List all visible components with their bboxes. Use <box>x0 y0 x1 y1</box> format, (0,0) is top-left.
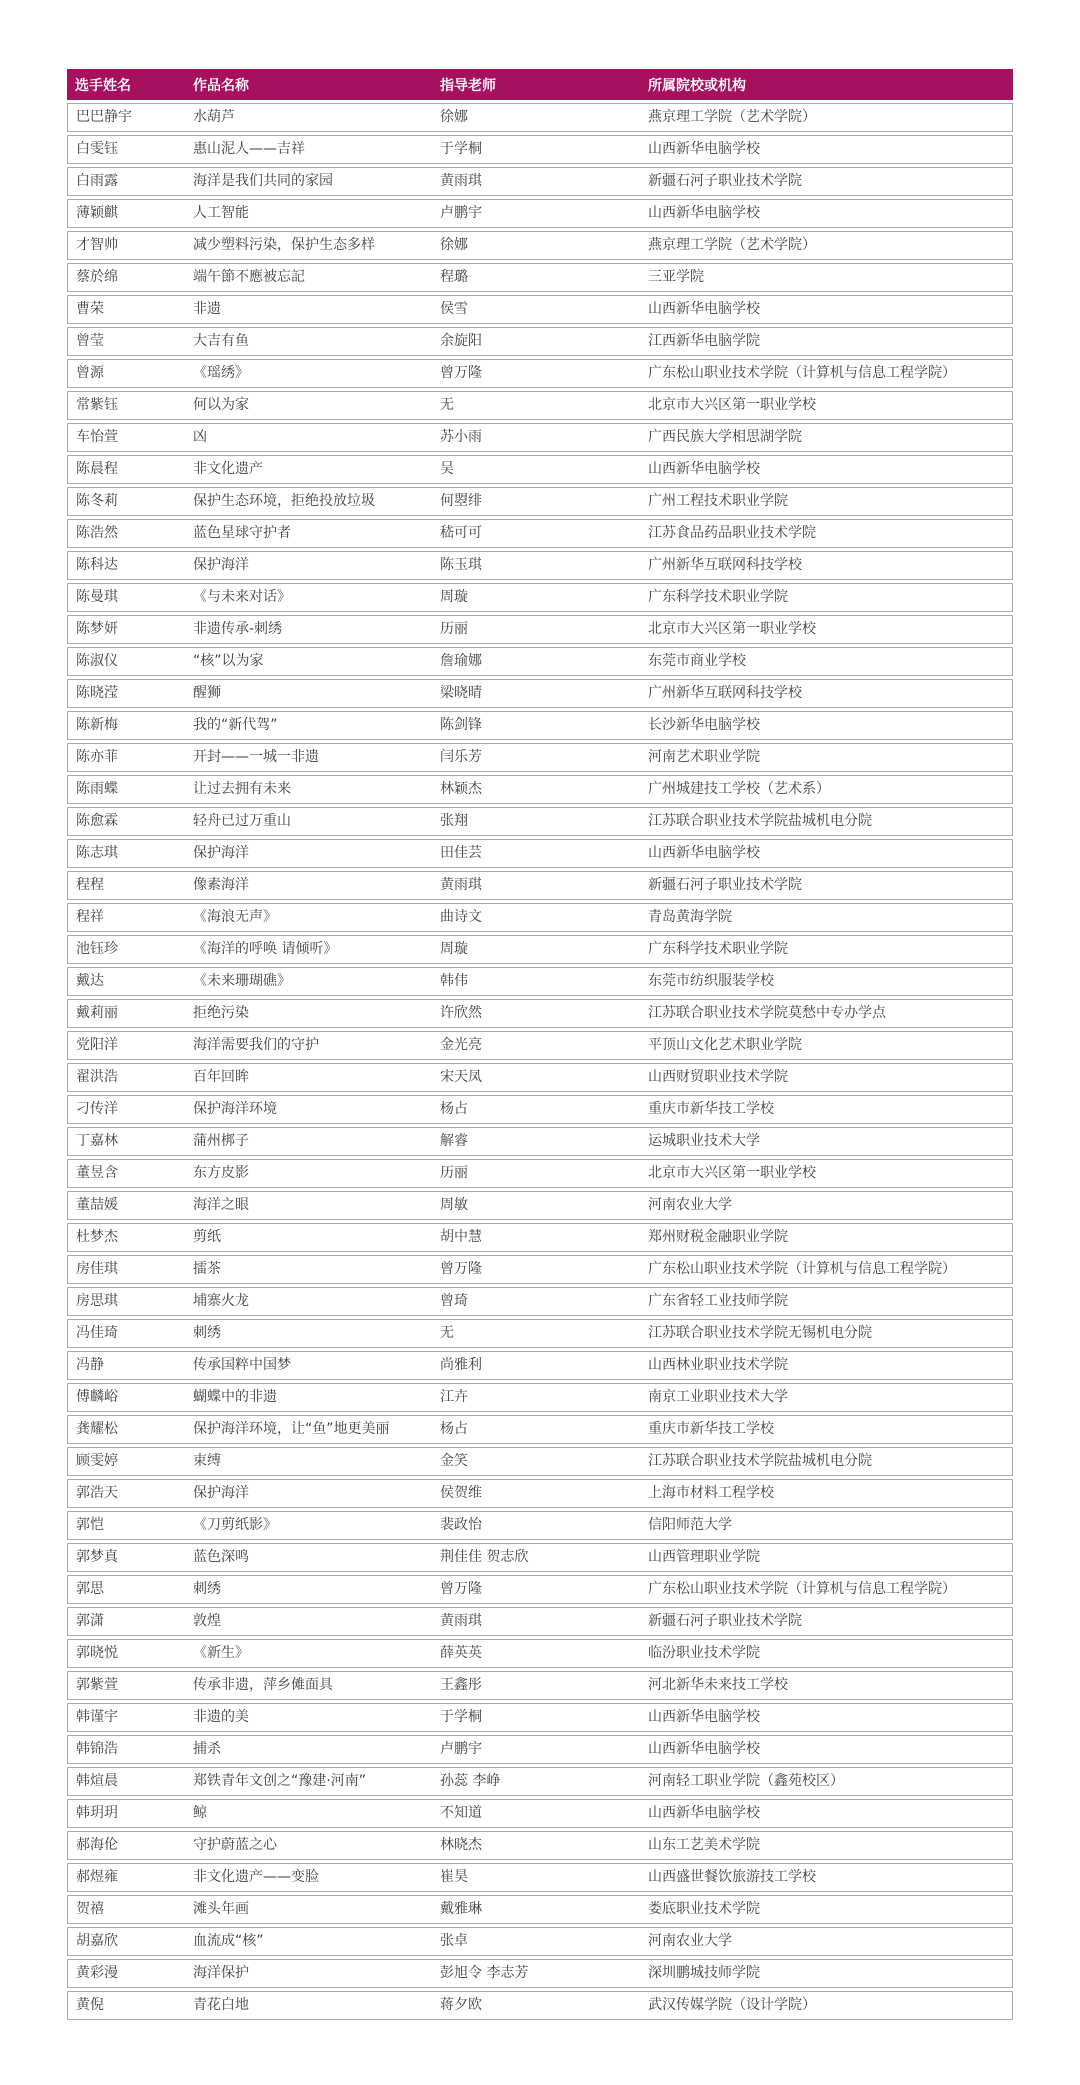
cell-work-title: 让过去拥有未来 <box>185 775 432 804</box>
cell-school: 重庆市新华技工学校 <box>640 1095 1013 1124</box>
cell-player-name: 郭浩天 <box>67 1479 185 1508</box>
cell-school: 新疆石河子职业技术学院 <box>640 167 1013 196</box>
cell-teacher: 尚雅利 <box>432 1351 640 1380</box>
cell-work-title: 蝴蝶中的非遗 <box>185 1383 432 1412</box>
cell-school: 东莞市商业学校 <box>640 647 1013 676</box>
cell-school: 广东松山职业技术学院（计算机与信息工程学院） <box>640 1575 1013 1604</box>
cell-teacher: 林晓杰 <box>432 1831 640 1860</box>
cell-school: 江西新华电脑学院 <box>640 327 1013 356</box>
cell-school: 广东科学技术职业学院 <box>640 583 1013 612</box>
table-row: 白雨露海洋是我们共同的家园黄雨琪新疆石河子职业技术学院 <box>67 167 1013 196</box>
cell-teacher: 于学桐 <box>432 135 640 164</box>
cell-school: 广东科学技术职业学院 <box>640 935 1013 964</box>
cell-player-name: 陈志琪 <box>67 839 185 868</box>
cell-player-name: 蔡於绵 <box>67 263 185 292</box>
cell-school: 山西管理职业学院 <box>640 1543 1013 1572</box>
cell-work-title: 蒲州梆子 <box>185 1127 432 1156</box>
cell-school: 运城职业技术大学 <box>640 1127 1013 1156</box>
table-row: 车怡萱凶苏小雨广西民族大学相思湖学院 <box>67 423 1013 452</box>
cell-teacher: 陈剑锋 <box>432 711 640 740</box>
cell-work-title: 敦煌 <box>185 1607 432 1636</box>
cell-teacher: 程璐 <box>432 263 640 292</box>
column-header-player-name: 选手姓名 <box>67 69 185 100</box>
cell-teacher: 余旋阳 <box>432 327 640 356</box>
cell-school: 河南农业大学 <box>640 1927 1013 1956</box>
cell-school: 山西新华电脑学校 <box>640 199 1013 228</box>
cell-work-title: 东方皮影 <box>185 1159 432 1188</box>
cell-player-name: 陈梦妍 <box>67 615 185 644</box>
cell-school: 南京工业职业技术大学 <box>640 1383 1013 1412</box>
cell-work-title: 保护海洋环境 <box>185 1095 432 1124</box>
cell-player-name: 丁嘉林 <box>67 1127 185 1156</box>
cell-work-title: 传承非遗，萍乡傩面具 <box>185 1671 432 1700</box>
cell-teacher: 张卓 <box>432 1927 640 1956</box>
cell-player-name: 房思琪 <box>67 1287 185 1316</box>
table-row: 薄颖麒人工智能卢鹏宇山西新华电脑学校 <box>67 199 1013 228</box>
cell-player-name: 顾雯婷 <box>67 1447 185 1476</box>
cell-work-title: 滩头年画 <box>185 1895 432 1924</box>
cell-school: 山西新华电脑学校 <box>640 1703 1013 1732</box>
cell-school: 重庆市新华技工学校 <box>640 1415 1013 1444</box>
table-row: 韩谨宇非遗的美于学桐山西新华电脑学校 <box>67 1703 1013 1732</box>
cell-teacher: 苏小雨 <box>432 423 640 452</box>
cell-player-name: 戴达 <box>67 967 185 996</box>
cell-player-name: 巴巴静宇 <box>67 103 185 132</box>
cell-teacher: 杨占 <box>432 1095 640 1124</box>
cell-player-name: 杜梦杰 <box>67 1223 185 1252</box>
cell-work-title: 凶 <box>185 423 432 452</box>
cell-work-title: 鲸 <box>185 1799 432 1828</box>
cell-teacher: 蒋夕欧 <box>432 1991 640 2020</box>
table-row: 杜梦杰剪纸胡中慧郑州财税金融职业学院 <box>67 1223 1013 1252</box>
cell-work-title: 惠山泥人——吉祥 <box>185 135 432 164</box>
cell-work-title: 《与未来对话》 <box>185 583 432 612</box>
cell-player-name: 曾源 <box>67 359 185 388</box>
cell-player-name: 陈淑仪 <box>67 647 185 676</box>
cell-school: 北京市大兴区第一职业学校 <box>640 1159 1013 1188</box>
table-row: 郭恺《刀剪纸影》裴政怡信阳师范大学 <box>67 1511 1013 1540</box>
table-row: 池钰珍《海洋的呼唤 请倾听》周璇广东科学技术职业学院 <box>67 935 1013 964</box>
cell-teacher: 崔昊 <box>432 1863 640 1892</box>
cell-school: 江苏联合职业技术学院盐城机电分院 <box>640 807 1013 836</box>
cell-school: 山东工艺美术学院 <box>640 1831 1013 1860</box>
table-row: 刁传洋保护海洋环境杨占重庆市新华技工学校 <box>67 1095 1013 1124</box>
cell-work-title: 捕杀 <box>185 1735 432 1764</box>
cell-work-title: 郑铁青年文创之“豫建·河南” <box>185 1767 432 1796</box>
table-row: 韩煊晨郑铁青年文创之“豫建·河南”孙蕊 李峥河南轻工职业学院（鑫苑校区） <box>67 1767 1013 1796</box>
cell-work-title: 刺绣 <box>185 1319 432 1348</box>
cell-player-name: 白雨露 <box>67 167 185 196</box>
table-row: 傅麟峪蝴蝶中的非遗江卉南京工业职业技术大学 <box>67 1383 1013 1412</box>
table-row: 白雯钰惠山泥人——吉祥于学桐山西新华电脑学校 <box>67 135 1013 164</box>
cell-school: 燕京理工学院（艺术学院） <box>640 231 1013 260</box>
cell-teacher: 金笑 <box>432 1447 640 1476</box>
cell-teacher: 薛英英 <box>432 1639 640 1668</box>
cell-player-name: 贺禧 <box>67 1895 185 1924</box>
cell-work-title: 人工智能 <box>185 199 432 228</box>
cell-teacher: 周璇 <box>432 583 640 612</box>
table-row: 郭紫萱传承非遗，萍乡傩面具王鑫彤河北新华未来技工学校 <box>67 1671 1013 1700</box>
cell-player-name: 刁传洋 <box>67 1095 185 1124</box>
cell-work-title: 大吉有鱼 <box>185 327 432 356</box>
cell-work-title: 拒绝污染 <box>185 999 432 1028</box>
cell-school: 新疆石河子职业技术学院 <box>640 1607 1013 1636</box>
table-row: 陈冬莉保护生态环境，拒绝投放垃圾何曌绯广州工程技术职业学院 <box>67 487 1013 516</box>
table-row: 陈曼琪《与未来对话》周璇广东科学技术职业学院 <box>67 583 1013 612</box>
contestant-table-container: 选手姓名 作品名称 指导老师 所属院校或机构 巴巴静宇水葫芦徐娜燕京理工学院（艺… <box>67 66 1013 2023</box>
cell-work-title: 非文化遗产 <box>185 455 432 484</box>
cell-work-title: 醒狮 <box>185 679 432 708</box>
cell-player-name: 翟洪浩 <box>67 1063 185 1092</box>
cell-work-title: 保护海洋 <box>185 1479 432 1508</box>
cell-work-title: 非遗传承-刺绣 <box>185 615 432 644</box>
cell-school: 东莞市纺织服装学校 <box>640 967 1013 996</box>
table-row: 顾雯婷束缚金笑江苏联合职业技术学院盐城机电分院 <box>67 1447 1013 1476</box>
column-header-school: 所属院校或机构 <box>640 69 1013 100</box>
cell-work-title: 像素海洋 <box>185 871 432 900</box>
cell-school: 山西林业职业技术学院 <box>640 1351 1013 1380</box>
cell-work-title: 《未来珊瑚礁》 <box>185 967 432 996</box>
cell-school: 燕京理工学院（艺术学院） <box>640 103 1013 132</box>
table-row: 程祥《海浪无声》曲诗文青岛黄海学院 <box>67 903 1013 932</box>
cell-player-name: 车怡萱 <box>67 423 185 452</box>
cell-teacher: 许欣然 <box>432 999 640 1028</box>
cell-player-name: 陈冬莉 <box>67 487 185 516</box>
table-row: 郭浩天保护海洋侯贺维上海市材料工程学校 <box>67 1479 1013 1508</box>
cell-work-title: 百年回眸 <box>185 1063 432 1092</box>
cell-player-name: 池钰珍 <box>67 935 185 964</box>
cell-school: 广东松山职业技术学院（计算机与信息工程学院） <box>640 359 1013 388</box>
table-row: 曹荣非遗侯雪山西新华电脑学校 <box>67 295 1013 324</box>
cell-teacher: 无 <box>432 391 640 420</box>
cell-work-title: 减少塑料污染，保护生态多样 <box>185 231 432 260</box>
table-row: 陈浩然蓝色星球守护者嵇可可江苏食品药品职业技术学院 <box>67 519 1013 548</box>
cell-work-title: 轻舟已过万重山 <box>185 807 432 836</box>
table-row: 龚耀松保护海洋环境，让“鱼”地更美丽杨占重庆市新华技工学校 <box>67 1415 1013 1444</box>
table-row: 贺禧滩头年画戴雅琳娄底职业技术学院 <box>67 1895 1013 1924</box>
table-row: 陈新梅我的“新代驾”陈剑锋长沙新华电脑学校 <box>67 711 1013 740</box>
cell-player-name: 傅麟峪 <box>67 1383 185 1412</box>
cell-school: 山西新华电脑学校 <box>640 295 1013 324</box>
table-row: 郭潇敦煌黄雨琪新疆石河子职业技术学院 <box>67 1607 1013 1636</box>
cell-school: 山西盛世餐饮旅游技工学校 <box>640 1863 1013 1892</box>
cell-teacher: 韩伟 <box>432 967 640 996</box>
cell-teacher: 周敏 <box>432 1191 640 1220</box>
table-row: 郝煜雍非文化遗产——变脸崔昊山西盛世餐饮旅游技工学校 <box>67 1863 1013 1892</box>
cell-teacher: 曲诗文 <box>432 903 640 932</box>
cell-work-title: 开封——一城一非遗 <box>185 743 432 772</box>
cell-work-title: 非遗 <box>185 295 432 324</box>
cell-work-title: 非文化遗产——变脸 <box>185 1863 432 1892</box>
cell-player-name: 董喆媛 <box>67 1191 185 1220</box>
table-row: 巴巴静宇水葫芦徐娜燕京理工学院（艺术学院） <box>67 103 1013 132</box>
table-row: 董喆媛海洋之眼周敏河南农业大学 <box>67 1191 1013 1220</box>
table-row: 曾莹大吉有鱼余旋阳江西新华电脑学院 <box>67 327 1013 356</box>
cell-school: 长沙新华电脑学校 <box>640 711 1013 740</box>
cell-teacher: 历丽 <box>432 615 640 644</box>
cell-school: 广东松山职业技术学院（计算机与信息工程学院） <box>640 1255 1013 1284</box>
cell-work-title: 蓝色深鸣 <box>185 1543 432 1572</box>
cell-school: 山西新华电脑学校 <box>640 839 1013 868</box>
cell-school: 河北新华未来技工学校 <box>640 1671 1013 1700</box>
cell-school: 江苏联合职业技术学院盐城机电分院 <box>640 1447 1013 1476</box>
cell-work-title: 蓝色星球守护者 <box>185 519 432 548</box>
table-row: 郭梦真蓝色深鸣荆佳佳 贺志欣山西管理职业学院 <box>67 1543 1013 1572</box>
cell-school: 山西新华电脑学校 <box>640 1735 1013 1764</box>
table-row: 陈雨蝶让过去拥有未来林颖杰广州城建技工学校（艺术系） <box>67 775 1013 804</box>
cell-player-name: 戴莉丽 <box>67 999 185 1028</box>
cell-teacher: 彭旭令 李志芳 <box>432 1959 640 1988</box>
cell-teacher: 闫乐芳 <box>432 743 640 772</box>
cell-player-name: 党阳洋 <box>67 1031 185 1060</box>
table-row: 程程像素海洋黄雨琪新疆石河子职业技术学院 <box>67 871 1013 900</box>
cell-player-name: 陈新梅 <box>67 711 185 740</box>
cell-work-title: 保护海洋环境，让“鱼”地更美丽 <box>185 1415 432 1444</box>
cell-school: 青岛黄海学院 <box>640 903 1013 932</box>
cell-work-title: 海洋是我们共同的家园 <box>185 167 432 196</box>
cell-teacher: 无 <box>432 1319 640 1348</box>
cell-work-title: 《瑶绣》 <box>185 359 432 388</box>
cell-teacher: 曾琦 <box>432 1287 640 1316</box>
cell-work-title: 海洋之眼 <box>185 1191 432 1220</box>
cell-school: 北京市大兴区第一职业学校 <box>640 615 1013 644</box>
table-row: 冯佳琦刺绣无江苏联合职业技术学院无锡机电分院 <box>67 1319 1013 1348</box>
cell-school: 山西财贸职业技术学院 <box>640 1063 1013 1092</box>
cell-player-name: 郝煜雍 <box>67 1863 185 1892</box>
cell-player-name: 陈愈霖 <box>67 807 185 836</box>
cell-teacher: 宋天凤 <box>432 1063 640 1092</box>
cell-work-title: 海洋保护 <box>185 1959 432 1988</box>
cell-teacher: 胡中慧 <box>432 1223 640 1252</box>
cell-work-title: 《新生》 <box>185 1639 432 1668</box>
cell-player-name: 董昱含 <box>67 1159 185 1188</box>
cell-player-name: 郭恺 <box>67 1511 185 1540</box>
column-header-teacher: 指导老师 <box>432 69 640 100</box>
cell-player-name: 陈亦菲 <box>67 743 185 772</box>
table-row: 房佳琪擂茶曾万隆广东松山职业技术学院（计算机与信息工程学院） <box>67 1255 1013 1284</box>
cell-school: 深圳鹏城技师学院 <box>640 1959 1013 1988</box>
table-row: 陈科达保护海洋陈玉琪广州新华互联网科技学校 <box>67 551 1013 580</box>
cell-work-title: 束缚 <box>185 1447 432 1476</box>
cell-player-name: 郭潇 <box>67 1607 185 1636</box>
cell-teacher: 张翔 <box>432 807 640 836</box>
cell-player-name: 程程 <box>67 871 185 900</box>
cell-player-name: 韩谨宇 <box>67 1703 185 1732</box>
cell-teacher: 不知道 <box>432 1799 640 1828</box>
cell-player-name: 黄彩漫 <box>67 1959 185 1988</box>
cell-school: 江苏联合职业技术学院无锡机电分院 <box>640 1319 1013 1348</box>
cell-work-title: “核”以为家 <box>185 647 432 676</box>
cell-teacher: 裴政怡 <box>432 1511 640 1540</box>
cell-teacher: 周璇 <box>432 935 640 964</box>
cell-teacher: 徐娜 <box>432 103 640 132</box>
cell-school: 广州新华互联网科技学校 <box>640 679 1013 708</box>
cell-work-title: 《海浪无声》 <box>185 903 432 932</box>
cell-work-title: 剪纸 <box>185 1223 432 1252</box>
table-row: 冯静传承国粹中国梦尚雅利山西林业职业技术学院 <box>67 1351 1013 1380</box>
cell-teacher: 江卉 <box>432 1383 640 1412</box>
cell-school: 广西民族大学相思湖学院 <box>640 423 1013 452</box>
cell-teacher: 田佳芸 <box>432 839 640 868</box>
table-row: 陈志琪保护海洋田佳芸山西新华电脑学校 <box>67 839 1013 868</box>
cell-school: 北京市大兴区第一职业学校 <box>640 391 1013 420</box>
cell-teacher: 吴 <box>432 455 640 484</box>
table-row: 陈愈霖轻舟已过万重山张翔江苏联合职业技术学院盐城机电分院 <box>67 807 1013 836</box>
cell-school: 武汉传媒学院（设计学院） <box>640 1991 1013 2020</box>
cell-school: 山西新华电脑学校 <box>640 455 1013 484</box>
cell-teacher: 历丽 <box>432 1159 640 1188</box>
cell-player-name: 陈晓滢 <box>67 679 185 708</box>
cell-player-name: 冯佳琦 <box>67 1319 185 1348</box>
cell-player-name: 曾莹 <box>67 327 185 356</box>
table-row: 党阳洋海洋需要我们的守护金光亮平顶山文化艺术职业学院 <box>67 1031 1013 1060</box>
table-row: 陈晨程非文化遗产吴山西新华电脑学校 <box>67 455 1013 484</box>
cell-player-name: 龚耀松 <box>67 1415 185 1444</box>
table-row: 蔡於绵端午節不應被忘記程璐三亚学院 <box>67 263 1013 292</box>
cell-school: 河南轻工职业学院（鑫苑校区） <box>640 1767 1013 1796</box>
cell-teacher: 金光亮 <box>432 1031 640 1060</box>
table-row: 曾源《瑶绣》曾万隆广东松山职业技术学院（计算机与信息工程学院） <box>67 359 1013 388</box>
cell-work-title: 何以为家 <box>185 391 432 420</box>
cell-player-name: 陈浩然 <box>67 519 185 548</box>
table-row: 戴达《未来珊瑚礁》韩伟东莞市纺织服装学校 <box>67 967 1013 996</box>
cell-work-title: 海洋需要我们的守护 <box>185 1031 432 1060</box>
cell-player-name: 陈曼琪 <box>67 583 185 612</box>
table-row: 才智帅减少塑料污染，保护生态多样徐娜燕京理工学院（艺术学院） <box>67 231 1013 260</box>
cell-player-name: 郝海伦 <box>67 1831 185 1860</box>
cell-teacher: 嵇可可 <box>432 519 640 548</box>
cell-work-title: 埔寨火龙 <box>185 1287 432 1316</box>
cell-school: 广州城建技工学校（艺术系） <box>640 775 1013 804</box>
cell-work-title: 我的“新代驾” <box>185 711 432 740</box>
table-row: 黄倪青花白地蒋夕欧武汉传媒学院（设计学院） <box>67 1991 1013 2020</box>
table-row: 陈梦妍非遗传承-刺绣历丽北京市大兴区第一职业学校 <box>67 615 1013 644</box>
cell-teacher: 何曌绯 <box>432 487 640 516</box>
cell-school: 广州新华互联网科技学校 <box>640 551 1013 580</box>
cell-player-name: 韩玥玥 <box>67 1799 185 1828</box>
table-row: 黄彩漫海洋保护彭旭令 李志芳深圳鹏城技师学院 <box>67 1959 1013 1988</box>
cell-work-title: 青花白地 <box>185 1991 432 2020</box>
cell-player-name: 陈科达 <box>67 551 185 580</box>
cell-work-title: 刺绣 <box>185 1575 432 1604</box>
cell-teacher: 黄雨琪 <box>432 871 640 900</box>
table-row: 戴莉丽拒绝污染许欣然江苏联合职业技术学院莫愁中专办学点 <box>67 999 1013 1028</box>
cell-player-name: 房佳琪 <box>67 1255 185 1284</box>
cell-school: 上海市材料工程学校 <box>640 1479 1013 1508</box>
cell-school: 江苏食品药品职业技术学院 <box>640 519 1013 548</box>
cell-player-name: 胡嘉欣 <box>67 1927 185 1956</box>
cell-player-name: 常紫钰 <box>67 391 185 420</box>
table-row: 郭思刺绣曾万隆广东松山职业技术学院（计算机与信息工程学院） <box>67 1575 1013 1604</box>
table-row: 丁嘉林蒲州梆子解睿运城职业技术大学 <box>67 1127 1013 1156</box>
cell-teacher: 徐娜 <box>432 231 640 260</box>
cell-player-name: 曹荣 <box>67 295 185 324</box>
cell-teacher: 卢鹏宇 <box>432 199 640 228</box>
table-row: 翟洪浩百年回眸宋天凤山西财贸职业技术学院 <box>67 1063 1013 1092</box>
cell-school: 河南艺术职业学院 <box>640 743 1013 772</box>
cell-player-name: 白雯钰 <box>67 135 185 164</box>
cell-work-title: 保护生态环境，拒绝投放垃圾 <box>185 487 432 516</box>
cell-teacher: 梁晓晴 <box>432 679 640 708</box>
table-row: 郭晓悦《新生》薛英英临汾职业技术学院 <box>67 1639 1013 1668</box>
cell-teacher: 荆佳佳 贺志欣 <box>432 1543 640 1572</box>
table-row: 陈晓滢醒狮梁晓晴广州新华互联网科技学校 <box>67 679 1013 708</box>
cell-teacher: 解睿 <box>432 1127 640 1156</box>
cell-teacher: 詹瑜娜 <box>432 647 640 676</box>
cell-work-title: 端午節不應被忘記 <box>185 263 432 292</box>
cell-teacher: 陈玉琪 <box>432 551 640 580</box>
table-body: 巴巴静宇水葫芦徐娜燕京理工学院（艺术学院）白雯钰惠山泥人——吉祥于学桐山西新华电… <box>67 103 1013 2020</box>
cell-player-name: 黄倪 <box>67 1991 185 2020</box>
table-row: 韩锦浩捕杀卢鹏宇山西新华电脑学校 <box>67 1735 1013 1764</box>
table-header-row: 选手姓名 作品名称 指导老师 所属院校或机构 <box>67 69 1013 100</box>
cell-player-name: 郭晓悦 <box>67 1639 185 1668</box>
cell-school: 新疆石河子职业技术学院 <box>640 871 1013 900</box>
cell-work-title: 擂茶 <box>185 1255 432 1284</box>
cell-school: 山西新华电脑学校 <box>640 135 1013 164</box>
cell-teacher: 孙蕊 李峥 <box>432 1767 640 1796</box>
cell-player-name: 郭思 <box>67 1575 185 1604</box>
cell-teacher: 侯贺维 <box>432 1479 640 1508</box>
cell-player-name: 郭梦真 <box>67 1543 185 1572</box>
cell-teacher: 黄雨琪 <box>432 1607 640 1636</box>
cell-work-title: 《刀剪纸影》 <box>185 1511 432 1540</box>
cell-teacher: 王鑫彤 <box>432 1671 640 1700</box>
cell-work-title: 保护海洋 <box>185 551 432 580</box>
cell-school: 娄底职业技术学院 <box>640 1895 1013 1924</box>
cell-work-title: 《海洋的呼唤 请倾听》 <box>185 935 432 964</box>
cell-work-title: 血流成“核” <box>185 1927 432 1956</box>
cell-teacher: 侯雪 <box>432 295 640 324</box>
cell-player-name: 陈雨蝶 <box>67 775 185 804</box>
cell-work-title: 水葫芦 <box>185 103 432 132</box>
cell-player-name: 韩煊晨 <box>67 1767 185 1796</box>
cell-school: 平顶山文化艺术职业学院 <box>640 1031 1013 1060</box>
cell-teacher: 戴雅琳 <box>432 1895 640 1924</box>
cell-school: 三亚学院 <box>640 263 1013 292</box>
cell-player-name: 薄颖麒 <box>67 199 185 228</box>
table-row: 陈亦菲开封——一城一非遗闫乐芳河南艺术职业学院 <box>67 743 1013 772</box>
cell-player-name: 才智帅 <box>67 231 185 260</box>
table-row: 常紫钰何以为家无北京市大兴区第一职业学校 <box>67 391 1013 420</box>
cell-teacher: 曾万隆 <box>432 359 640 388</box>
table-row: 胡嘉欣血流成“核”张卓河南农业大学 <box>67 1927 1013 1956</box>
cell-school: 广东省轻工业技师学院 <box>640 1287 1013 1316</box>
cell-school: 山西新华电脑学校 <box>640 1799 1013 1828</box>
column-header-work-title: 作品名称 <box>185 69 432 100</box>
cell-teacher: 卢鹏宇 <box>432 1735 640 1764</box>
cell-work-title: 传承国粹中国梦 <box>185 1351 432 1380</box>
contestant-table: 选手姓名 作品名称 指导老师 所属院校或机构 巴巴静宇水葫芦徐娜燕京理工学院（艺… <box>67 66 1013 2023</box>
cell-school: 临汾职业技术学院 <box>640 1639 1013 1668</box>
cell-school: 河南农业大学 <box>640 1191 1013 1220</box>
cell-work-title: 保护海洋 <box>185 839 432 868</box>
cell-work-title: 守护蔚蓝之心 <box>185 1831 432 1860</box>
cell-school: 郑州财税金融职业学院 <box>640 1223 1013 1252</box>
cell-teacher: 曾万隆 <box>432 1255 640 1284</box>
cell-player-name: 陈晨程 <box>67 455 185 484</box>
table-row: 房思琪埔寨火龙曾琦广东省轻工业技师学院 <box>67 1287 1013 1316</box>
cell-teacher: 曾万隆 <box>432 1575 640 1604</box>
table-header: 选手姓名 作品名称 指导老师 所属院校或机构 <box>67 69 1013 100</box>
cell-teacher: 于学桐 <box>432 1703 640 1732</box>
cell-player-name: 郭紫萱 <box>67 1671 185 1700</box>
cell-work-title: 非遗的美 <box>185 1703 432 1732</box>
cell-teacher: 黄雨琪 <box>432 167 640 196</box>
cell-school: 江苏联合职业技术学院莫愁中专办学点 <box>640 999 1013 1028</box>
cell-player-name: 韩锦浩 <box>67 1735 185 1764</box>
table-row: 郝海伦守护蔚蓝之心林晓杰山东工艺美术学院 <box>67 1831 1013 1860</box>
